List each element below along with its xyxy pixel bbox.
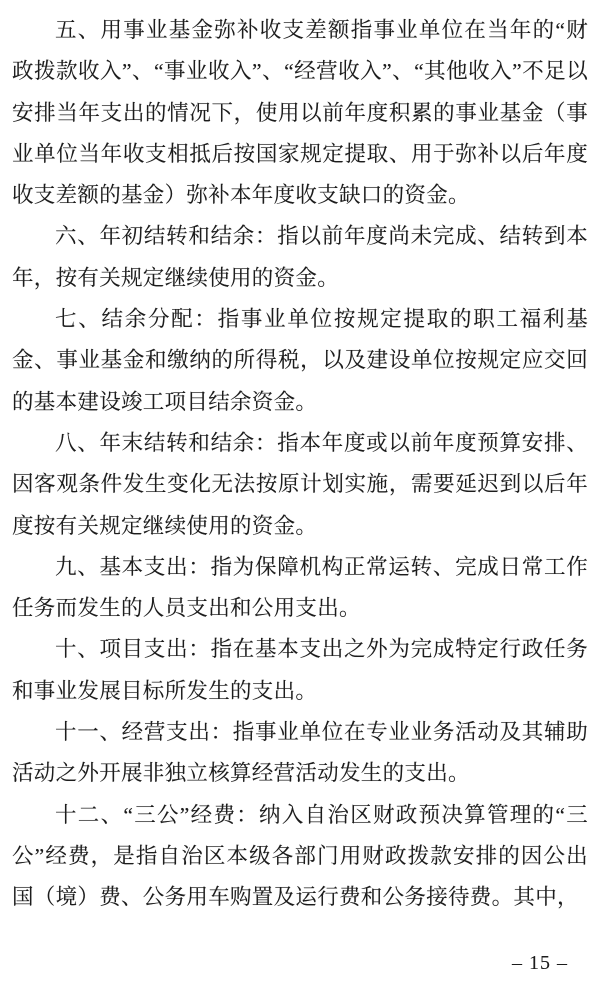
document-page: 五、用事业基金弥补收支差额指事业单位在当年的“财政拨款收入”、“事业收入”、“经… xyxy=(0,0,600,990)
paragraph-item-12: 十二、“三公”经费：纳入自治区财政预决算管理的“三公”经费，是指自治区本级各部门… xyxy=(12,795,588,919)
paragraph-item-6: 六、年初结转和结余：指以前年度尚未完成、结转到本年，按有关规定继续使用的资金。 xyxy=(12,216,588,299)
paragraph-item-9: 九、基本支出：指为保障机构正常运转、完成日常工作任务而发生的人员支出和公用支出。 xyxy=(12,547,588,630)
body-text: 五、用事业基金弥补收支差额指事业单位在当年的“财政拨款收入”、“事业收入”、“经… xyxy=(0,0,600,919)
paragraph-item-11: 十一、经营支出：指事业单位在专业业务活动及其辅助活动之外开展非独立核算经营活动发… xyxy=(12,712,588,795)
paragraph-item-7: 七、结余分配：指事业单位按规定提取的职工福利基金、事业基金和缴纳的所得税，以及建… xyxy=(12,299,588,423)
page-number: – 15 – xyxy=(512,950,568,976)
paragraph-item-5: 五、用事业基金弥补收支差额指事业单位在当年的“财政拨款收入”、“事业收入”、“经… xyxy=(12,10,588,216)
paragraph-item-10: 十、项目支出：指在基本支出之外为完成特定行政任务和事业发展目标所发生的支出。 xyxy=(12,629,588,712)
paragraph-item-8: 八、年末结转和结余：指本年度或以前年度预算安排、因客观条件发生变化无法按原计划实… xyxy=(12,423,588,547)
